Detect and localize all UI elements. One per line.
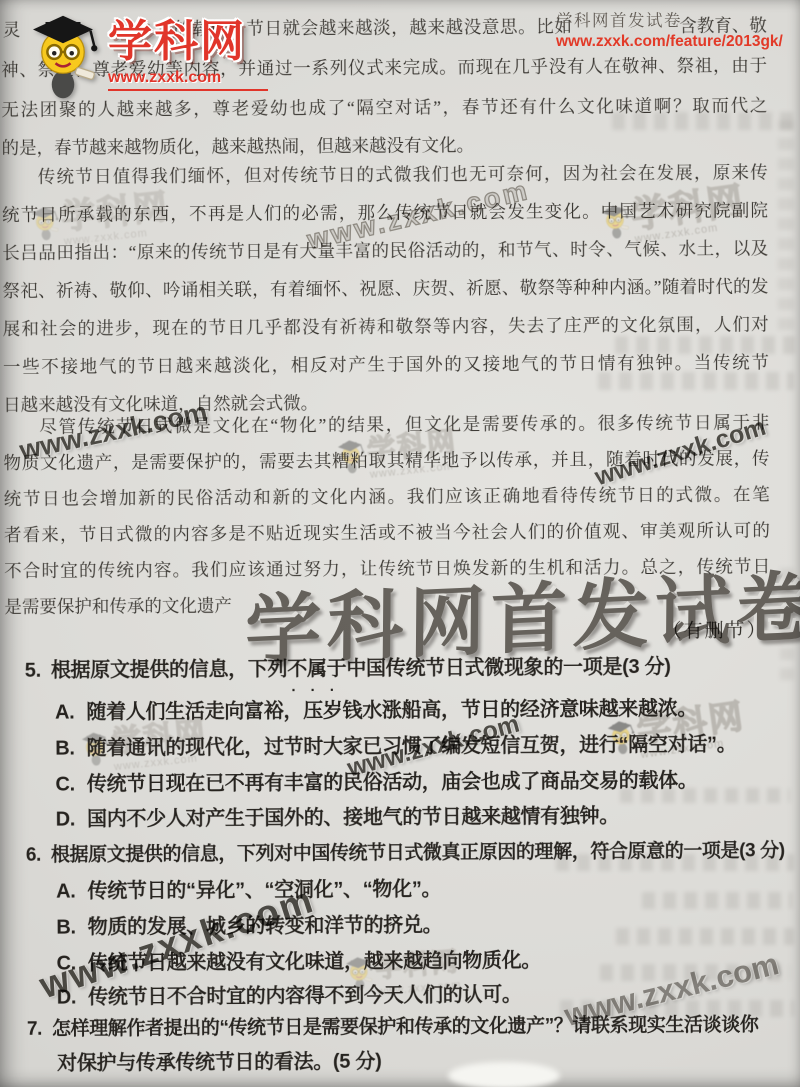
first-release-label: 学科网首发试卷: [556, 10, 783, 32]
passage-line: 者看来，节日式微的内容多是不贴近现实生活或不被当今社会人们的价值观、审美观所认可…: [4, 517, 770, 548]
q5-option-a: A.随着人们生活走向富裕，压岁钱水涨船高，节日的经济意味越来越浓。: [25, 694, 800, 727]
option-label: C.: [55, 774, 75, 796]
question-text: 对保护与传承传统节日的看法。(5 分): [57, 1051, 381, 1075]
passage-line: 的是，春节越来越物质化，越来越热闹，但越来越没有文化。: [1, 130, 767, 161]
scanned-exam-page: 学科网 www.zxxk.com 学科网 www.zxxk.com 学科网 ww…: [0, 0, 800, 1087]
question-text: 根据原文提供的信息，下列对中国传统节日式微真正原因的理解，符合原意的一项是(3 …: [51, 840, 785, 865]
question-number: 5.: [25, 660, 41, 682]
option-text: 传统节日现在已不再有丰富的民俗活动，庙会也成了商品交易的载体。: [87, 770, 698, 796]
zxxk-brand-name: 学科网: [108, 18, 268, 66]
question-7-line2: 对保护与传承传统节日的看法。(5 分): [27, 1045, 800, 1078]
option-label: D.: [56, 809, 76, 831]
header-right-stamp: 学科网首发试卷 www.zxxk.com/feature/2013gk/: [556, 10, 783, 52]
q5-option-d: D.国内不少人对产生于国外的、接地气的节日越来越情有独钟。: [26, 801, 800, 834]
white-blob-artifact: [448, 1062, 560, 1087]
question-number: 7.: [27, 1019, 42, 1040]
option-text: 传统节日不合时宜的内容得不到今天人们的认可。: [88, 984, 522, 1009]
option-label: B.: [56, 916, 76, 938]
passage-fragment: 灵: [3, 17, 21, 43]
option-label: A.: [55, 702, 75, 724]
passage-line: 长吕品田指出：“原来的传统节日是有大量丰富的民俗活动的，和节气、时令、气候、水土…: [2, 235, 768, 266]
zxxk-brand-url: www.zxxk.com: [108, 68, 268, 91]
zxxk-logo: 学科网 www.zxxk.com: [20, 2, 268, 102]
passage-line: 一些不接地气的节日越来越淡化，相反对产生于国外的又接地气的节日情有独钟。当传统节: [3, 349, 769, 380]
feature-url: www.zxxk.com/feature/2013gk/: [556, 32, 783, 52]
option-label: B.: [55, 738, 75, 760]
option-text: 随着人们生活走向富裕，压岁钱水涨船高，节日的经济意味越来越浓。: [86, 698, 697, 724]
passage-line: 祭祀、祈祷、敬仰、吟诵相关联，有着缅怀、祝愿、庆贺、祈愿、敬祭等种种内涵。”随着…: [2, 273, 768, 304]
question-number: 6.: [26, 845, 41, 866]
passage-line: 展和社会的进步，现在的节日几乎都没有祈祷和敬祭等内容，失去了庄严的文化氛围，人们…: [3, 311, 769, 342]
passage-line: 统节日也会增加新的民俗活动和新的文化内涵。我们应该正确地看待传统节日的式微。在笔: [4, 481, 770, 512]
question-text: 怎样理解作者提出的“传统节日是需要保护和传承的文化遗产”？请联系现实生活谈谈你: [52, 1014, 759, 1039]
question-7: 7.怎样理解作者提出的“传统节日是需要保护和传承的文化遗产”？请联系现实生活谈谈…: [27, 1011, 797, 1044]
option-text: 国内不少人对产生于国外的、接地气的节日越来越情有独钟。: [87, 805, 619, 830]
zxxk-mascot-icon: [20, 2, 106, 102]
q5-option-c: C.传统节日现在已不再有丰富的民俗活动，庙会也成了商品交易的载体。: [25, 766, 800, 799]
option-label: A.: [56, 881, 76, 903]
exam-text-layer: 灵 的载体，节日就会越来越淡，越来越没意思。比如 含教育、敬 神、祭祖、尊老爱幼…: [0, 0, 800, 1087]
passage-line: 传统节日值得我们缅怀，但对传统节日的式微我们也无可奈何，因为社会在发展，原来传: [2, 159, 768, 190]
question-6: 6.根据原文提供的信息，下列对中国传统节日式微真正原因的理解，符合原意的一项是(…: [26, 837, 796, 870]
q6-option-a: A.传统节日的“异化”、“空洞化”、“物化”。: [26, 873, 800, 906]
